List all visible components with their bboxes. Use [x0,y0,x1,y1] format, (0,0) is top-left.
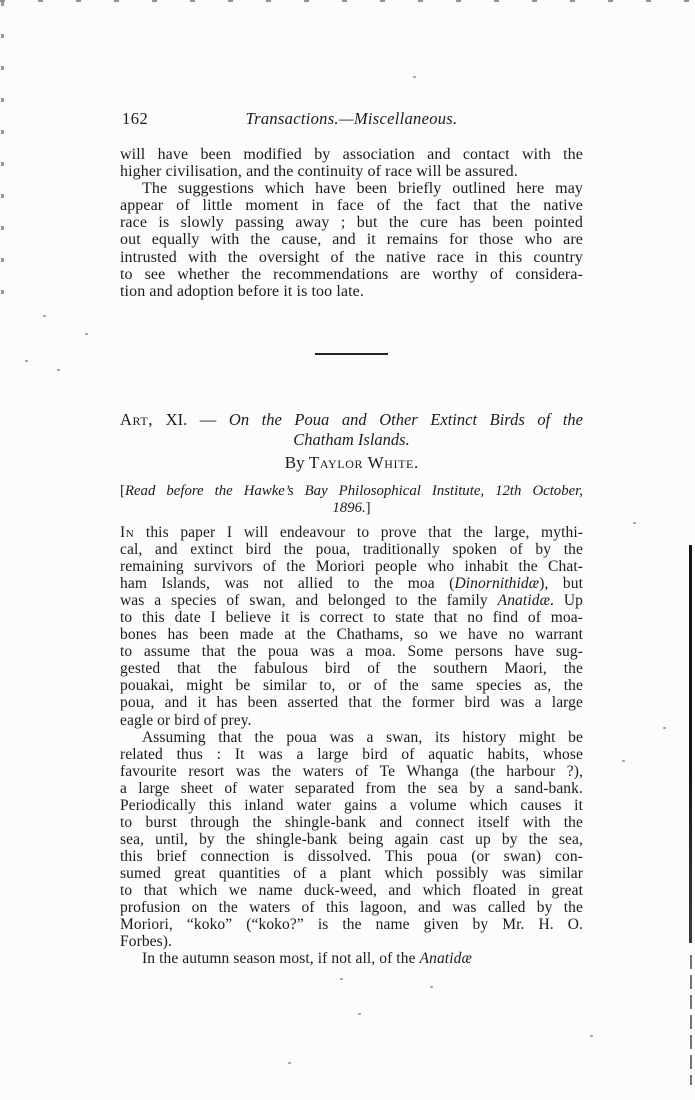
text-line: Moriori, “koko” (“koko?” is the name giv… [120,916,583,933]
text-line: to that which we name duck-weed, and whi… [120,882,583,899]
text-line: In this paper I will endeavour to prove … [120,524,583,541]
text-line: sumed great quantities of a plant which … [120,865,583,882]
scan-gutter-line-lower [690,955,692,1085]
text-line: sea, until, by the shingle-bank being ag… [120,831,583,848]
text-line: to this date I believe it is correct to … [120,609,583,626]
text-line: race is slowly passing away ; but the cu… [120,214,583,231]
scan-speckle [633,522,636,524]
text-line: Forbes). [120,933,583,950]
continuation-paragraph-1: will have been modified by association a… [120,146,583,180]
text-line: a large sheet of water separated from th… [120,780,583,797]
text-line: to burst through the shingle-bank and co… [120,814,583,831]
scanned-page: 162 Transactions.—Miscellaneous. will ha… [0,0,695,1100]
scan-speckle [85,333,88,335]
section-divider-rule [315,353,388,355]
read-before-note-line-2: 1896.] [120,500,583,517]
text-line: gested that the fabulous bird of the sou… [120,660,583,677]
scan-speckle [43,315,46,317]
continuation-text: will have been modified by association a… [120,146,583,300]
text-line: In the autumn season most, if not all, o… [120,950,583,967]
article-heading-line-2: Chatham Islands. [120,430,583,450]
scan-speckle [590,1035,593,1037]
text-line: pouakai, might be similar to, or of the … [120,677,583,694]
body-paragraph-1: In this paper I will endeavour to prove … [120,524,583,729]
text-line: intrusted with the oversight of the nati… [120,249,583,266]
text-line: favourite resort was the waters of Te Wh… [120,763,583,780]
text-line: to assume that the poua was a moa. Some … [120,643,583,660]
continuation-paragraph-2: The suggestions which have been briefly … [120,180,583,300]
text-line: The suggestions which have been briefly … [120,180,583,197]
article-body: In this paper I will endeavour to prove … [120,524,583,967]
text-line: this brief connection is dissolved. This… [120,848,583,865]
text-line: to see whether the recommendations are w… [120,266,583,283]
text-line: higher civilisation, and the continuity … [120,163,583,180]
text-line: Assuming that the poua was a swan, its h… [120,729,583,746]
text-line: ham Islands, was not allied to the moa (… [120,575,583,592]
body-paragraph-2: Assuming that the poua was a swan, its h… [120,729,583,951]
text-line: tion and adoption before it is too late. [120,283,583,300]
text-line: related thus : It was a large bird of aq… [120,746,583,763]
text-line: bones has been made at the Chathams, so … [120,626,583,643]
running-header-row: 162 Transactions.—Miscellaneous. [120,109,583,131]
scan-speckle [57,369,60,371]
scan-gutter-line [689,545,692,943]
scan-edge-artifact-left [1,2,4,302]
running-header-title: Transactions.—Miscellaneous. [120,109,583,129]
scan-speckle [622,760,625,762]
text-line: profusion on the waters of this lagoon, … [120,899,583,916]
text-line: remaining survivors of the Moriori peopl… [120,558,583,575]
text-line: was a species of swan, and belonged to t… [120,592,583,609]
text-line: will have been modified by association a… [120,146,583,163]
read-before-note-line-1: [Read before the Hawke’s Bay Philosophic… [120,483,583,500]
article-heading: Art, XI. — On the Poua and Other Extinct… [120,410,583,450]
read-before-note: [Read before the Hawke’s Bay Philosophic… [120,483,583,517]
text-line: poua, and it has been asserted that the … [120,694,583,711]
article-byline: By Taylor White. [120,453,583,473]
text-line: cal, and extinct bird the poua, traditio… [120,541,583,558]
text-line: eagle or bird of prey. [120,712,583,729]
text-line: Periodically this inland water gains a v… [120,797,583,814]
body-paragraph-3: In the autumn season most, if not all, o… [120,950,583,967]
text-line: appear of little moment in face of the f… [120,197,583,214]
text-line: out equally with the cause, and it remai… [120,231,583,248]
scan-speckle [25,360,28,362]
text-column: 162 Transactions.—Miscellaneous. will ha… [120,0,583,1100]
article-heading-line-1: Art, XI. — On the Poua and Other Extinct… [120,410,583,430]
scan-speckle [663,727,666,729]
